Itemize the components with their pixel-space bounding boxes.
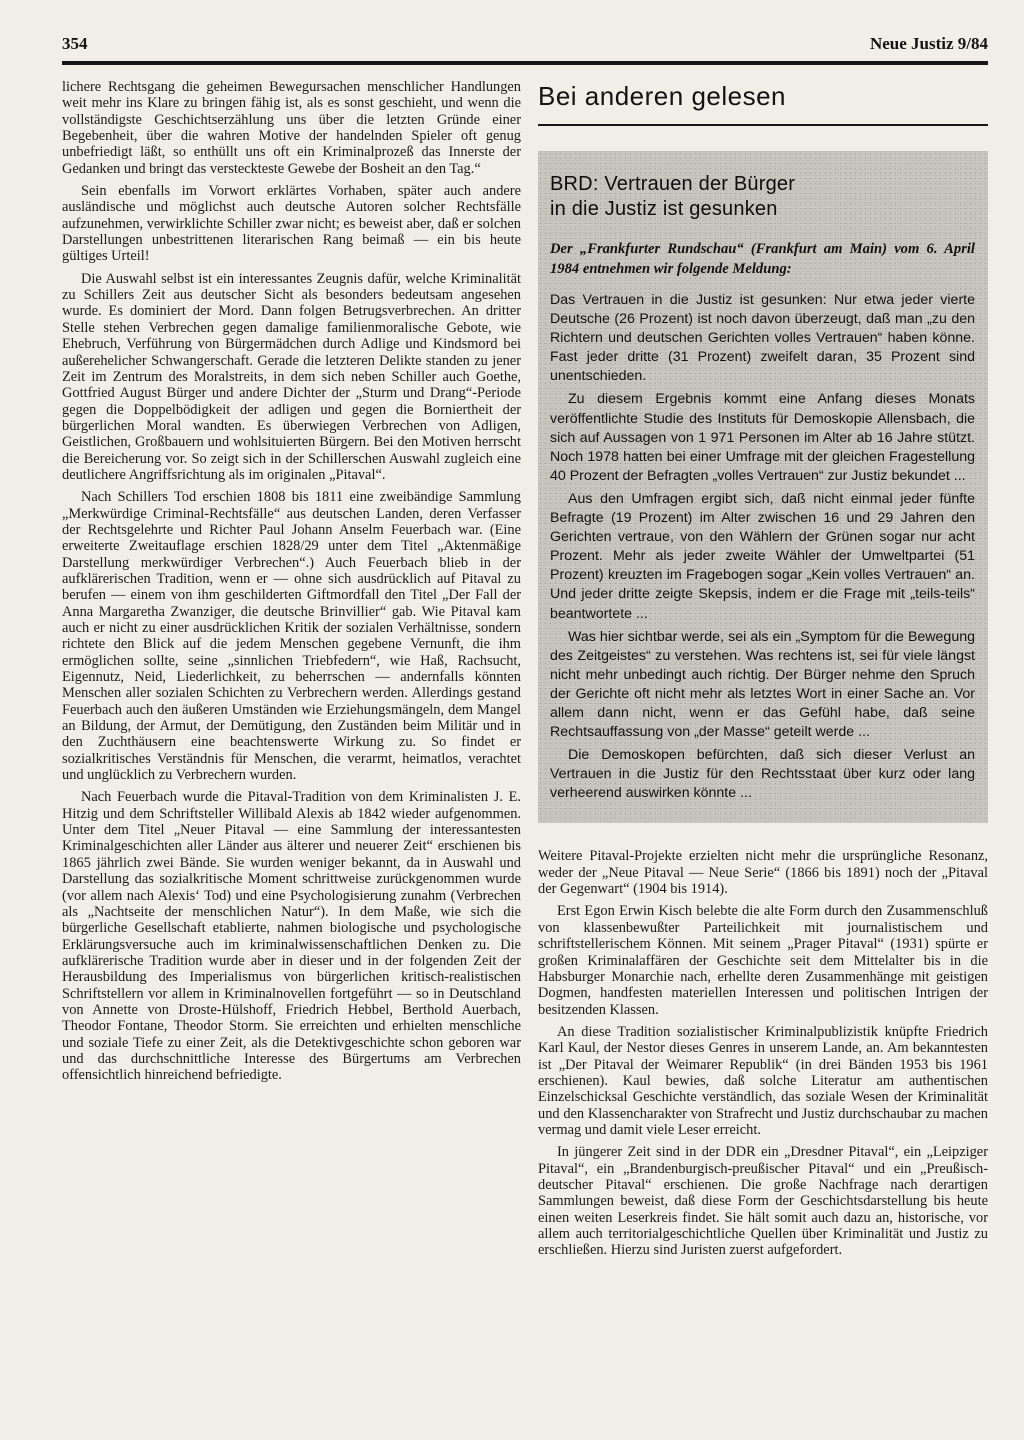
left-column: lichere Rechtsgang die geheimen Bewegurs… [62,79,521,1259]
body-paragraph: Die Auswahl selbst ist ein interessantes… [62,271,521,483]
body-paragraph: lichere Rechtsgang die geheimen Bewegurs… [62,79,521,177]
body-paragraph: Nach Feuerbach wurde die Pitaval-Traditi… [62,789,521,1083]
article-box: BRD: Vertrauen der Bürger in die Justiz … [538,151,988,823]
right-column: Bei anderen gelesen BRD: Vertrauen der B… [538,79,988,1259]
right-column-continuation: Weitere Pitaval-Projekte erzielten nicht… [538,848,988,1258]
journal-page: 354 Neue Justiz 9/84 lichere Rechtsgang … [0,0,1024,1440]
article-title: BRD: Vertrauen der Bürger in die Justiz … [550,172,975,221]
article-paragraph: Zu diesem Ergebnis kommt eine Anfang die… [550,390,975,485]
body-paragraph: Nach Schillers Tod erschien 1808 bis 181… [62,489,521,783]
article-paragraph: Das Vertrauen in die Justiz ist gesunken… [550,291,975,386]
article-source-note: Der „Frankfurter Rundschau“ (Frankfurt a… [550,240,975,279]
body-paragraph: In jüngerer Zeit sind in der DDR ein „Dr… [538,1144,988,1258]
article-paragraph: Die Demoskopen befürchten, daß sich dies… [550,746,975,803]
two-column-layout: lichere Rechtsgang die geheimen Bewegurs… [62,79,988,1259]
article-paragraph: Aus den Umfragen ergibt sich, daß nicht … [550,490,975,624]
section-heading: Bei anderen gelesen [538,81,988,112]
journal-title: Neue Justiz 9/84 [870,34,988,54]
body-paragraph: Sein ebenfalls im Vorwort erklärtes Vorh… [62,183,521,265]
section-heading-rule [538,124,988,126]
article-title-line: in die Justiz ist gesunken [550,197,975,222]
page-number: 354 [62,34,88,54]
body-paragraph: Erst Egon Erwin Kisch belebte die alte F… [538,903,988,1017]
article-paragraph: Was hier sichtbar werde, sei als ein „Sy… [550,628,975,743]
body-paragraph: An diese Tradition sozialistischer Krimi… [538,1024,988,1138]
body-paragraph: Weitere Pitaval-Projekte erzielten nicht… [538,848,988,897]
running-head: 354 Neue Justiz 9/84 [62,34,988,65]
article-title-line: BRD: Vertrauen der Bürger [550,172,975,197]
